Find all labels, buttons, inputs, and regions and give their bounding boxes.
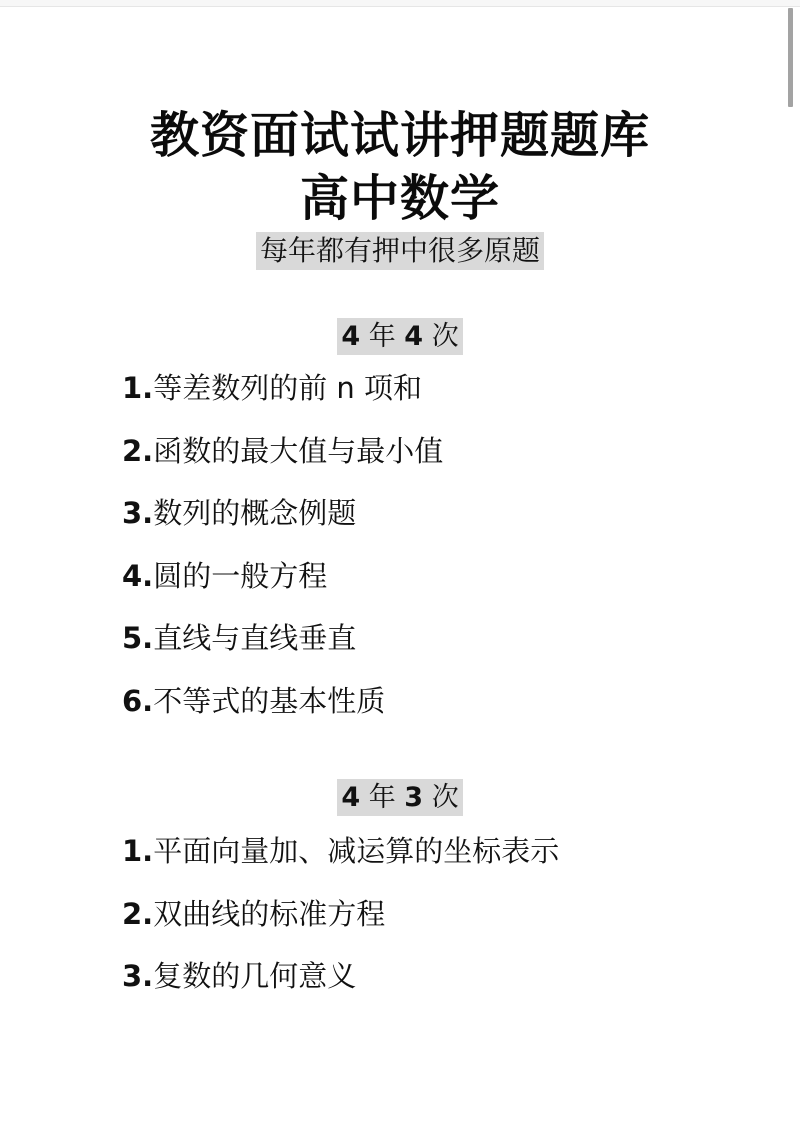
- list-item: 1.平面向量加、减运算的坐标表示: [122, 820, 559, 883]
- heading-year-unit: 年: [369, 782, 396, 813]
- list-item: 1.等差数列的前 n 项和: [122, 357, 443, 420]
- item-number: 2.: [122, 434, 153, 468]
- heading-times-unit: 次: [432, 782, 459, 813]
- list-item: 2.函数的最大值与最小值: [122, 420, 443, 483]
- document-subject: 高中数学: [0, 168, 800, 228]
- heading-years: 4: [341, 782, 360, 813]
- heading-times: 4: [404, 321, 423, 352]
- item-text: 函数的最大值与最小值: [153, 434, 443, 468]
- item-text: 等差数列的前 n 项和: [153, 371, 422, 405]
- topic-list-4y3t: 1.平面向量加、减运算的坐标表示 2.双曲线的标准方程 3.复数的几何意义: [122, 820, 559, 1008]
- list-item: 6.不等式的基本性质: [122, 670, 443, 733]
- list-item: 2.双曲线的标准方程: [122, 883, 559, 946]
- item-text: 直线与直线垂直: [153, 621, 356, 655]
- list-item: 3.复数的几何意义: [122, 945, 559, 1008]
- list-item: 5.直线与直线垂直: [122, 607, 443, 670]
- item-number: 3.: [122, 496, 153, 530]
- section-heading-4y4t: 4 年 4 次: [0, 318, 800, 355]
- item-number: 3.: [122, 959, 153, 993]
- document-title: 教资面试试讲押题题库: [0, 105, 800, 165]
- item-number: 1.: [122, 371, 153, 405]
- item-number: 6.: [122, 684, 153, 718]
- heading-year-unit: 年: [369, 321, 396, 352]
- heading-times: 3: [404, 782, 423, 813]
- list-item: 3.数列的概念例题: [122, 482, 443, 545]
- section-heading-highlight: 4 年 3 次: [337, 779, 462, 816]
- topic-list-4y4t: 1.等差数列的前 n 项和 2.函数的最大值与最小值 3.数列的概念例题 4.圆…: [122, 357, 443, 732]
- item-number: 2.: [122, 897, 153, 931]
- section-heading-highlight: 4 年 4 次: [337, 318, 462, 355]
- item-text: 平面向量加、减运算的坐标表示: [153, 834, 559, 868]
- item-number: 5.: [122, 621, 153, 655]
- vertical-scrollbar[interactable]: [786, 7, 794, 1138]
- item-text: 双曲线的标准方程: [153, 897, 385, 931]
- item-number: 1.: [122, 834, 153, 868]
- heading-times-unit: 次: [432, 321, 459, 352]
- subtitle-container: 每年都有押中很多原题: [0, 232, 800, 270]
- heading-years: 4: [341, 321, 360, 352]
- item-text: 圆的一般方程: [153, 559, 327, 593]
- item-text: 复数的几何意义: [153, 959, 356, 993]
- scrollbar-thumb[interactable]: [788, 8, 793, 107]
- section-heading-4y3t: 4 年 3 次: [0, 779, 800, 816]
- item-number: 4.: [122, 559, 153, 593]
- document-page: 教资面试试讲押题题库 高中数学 每年都有押中很多原题 4 年 4 次 1.等差数…: [0, 0, 786, 1138]
- item-text: 不等式的基本性质: [153, 684, 385, 718]
- list-item: 4.圆的一般方程: [122, 545, 443, 608]
- subtitle-highlight: 每年都有押中很多原题: [256, 232, 544, 270]
- item-text: 数列的概念例题: [153, 496, 356, 530]
